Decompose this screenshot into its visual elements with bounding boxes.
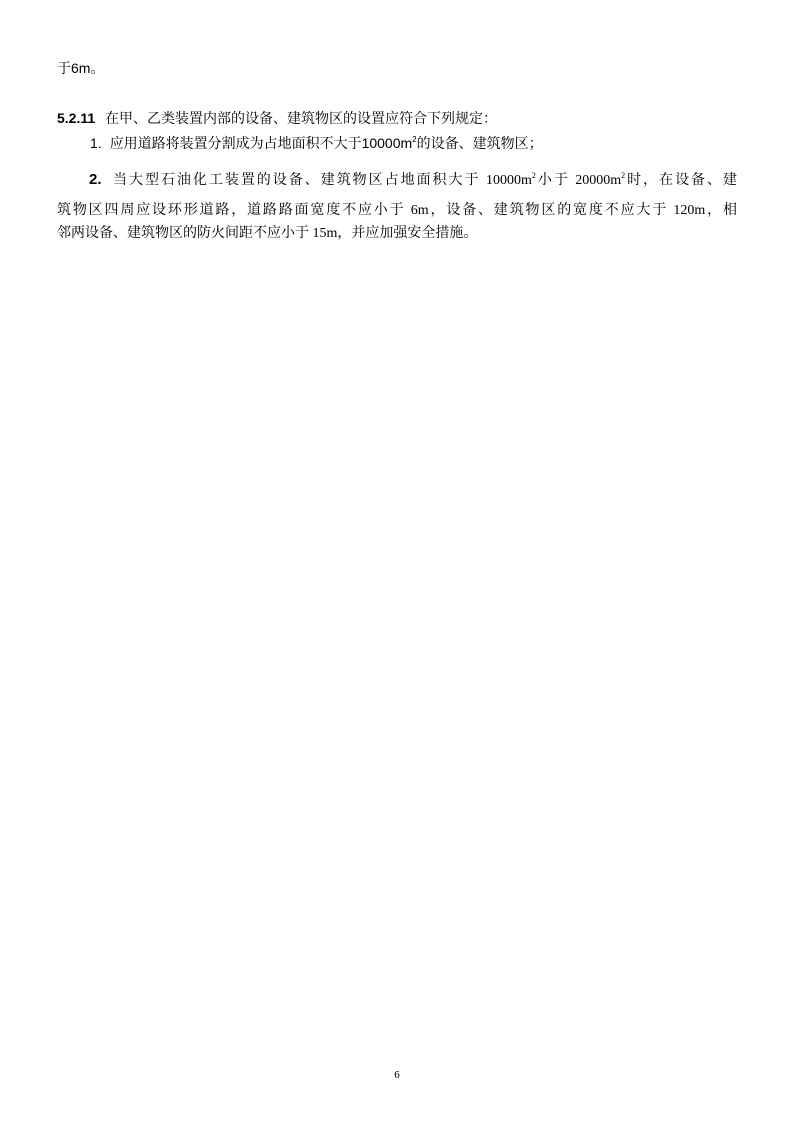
list-item-text: 小于 20000m bbox=[536, 173, 621, 188]
list-item-number: 2. bbox=[89, 171, 102, 188]
list-item-text: 时，在设备、建 bbox=[625, 173, 737, 188]
list-item-2-line-1: 2. 当大型石油化工装置的设备、建筑物区占地面积大于 10000m2小于 200… bbox=[89, 171, 737, 190]
list-item-1: 1. 应用道路将装置分割成为占地面积不大于10000m2的设备、建筑物区； bbox=[90, 134, 543, 152]
page-number: 6 bbox=[390, 1069, 404, 1081]
document-page: 于6m。 5.2.11 在甲、乙类装置内部的设备、建筑物区的设置应符合下列规定：… bbox=[0, 0, 793, 1122]
list-item-text: 当大型石油化工装置的设备、建筑物区占地面积大于 10000m bbox=[113, 173, 532, 188]
list-item-text: 筑物区四周应设环形道路，道路路面宽度不应小于 6m，设备、建筑物区的宽度不应大于… bbox=[57, 203, 737, 218]
clause-number: 5.2.11 bbox=[57, 110, 95, 126]
list-item-text-end: 的设备、建筑物区； bbox=[417, 135, 543, 151]
continuation-text: 于6m。 bbox=[57, 60, 104, 76]
list-item-2-line-2: 筑物区四周应设环形道路，道路路面宽度不应小于 6m，设备、建筑物区的宽度不应大于… bbox=[57, 202, 737, 220]
clause-text: 在甲、乙类装置内部的设备、建筑物区的设置应符合下列规定： bbox=[105, 110, 497, 126]
clause-heading: 5.2.11 在甲、乙类装置内部的设备、建筑物区的设置应符合下列规定： bbox=[57, 109, 497, 127]
list-item-text: 应用道路将装置分割成为占地面积不大于10000m bbox=[110, 135, 413, 151]
list-item-text: 邻两设备、建筑物区的防火间距不应小于 15m，并应加强安全措施。 bbox=[57, 226, 477, 241]
continuation-line: 于6m。 bbox=[57, 59, 104, 77]
list-item-number: 1. bbox=[90, 135, 102, 151]
list-item-2-line-3: 邻两设备、建筑物区的防火间距不应小于 15m，并应加强安全措施。 bbox=[57, 225, 477, 243]
